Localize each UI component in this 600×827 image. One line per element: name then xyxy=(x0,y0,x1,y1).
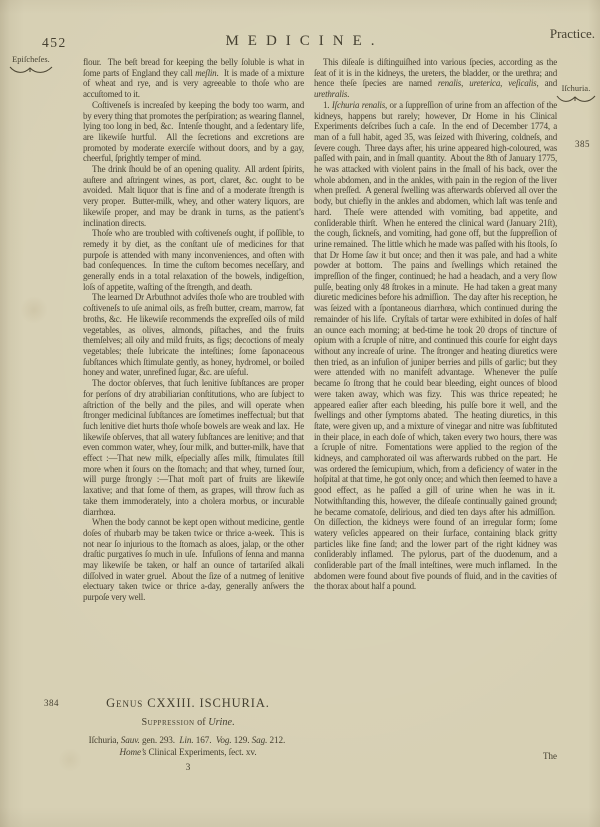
left-text-column: flour. The beſt bread for keeping the be… xyxy=(83,57,304,684)
catchword: The xyxy=(528,751,557,761)
running-header-title: MEDICINE. xyxy=(0,33,600,50)
body-paragraph: This diſeaſe is diſtinguiſhed into vario… xyxy=(314,57,557,100)
body-paragraph: The learned Dr Arbuthnot adviſes thoſe w… xyxy=(83,292,304,378)
flourish-icon xyxy=(555,94,597,103)
genus-heading: Genus CXXIII. ISCHURIA. xyxy=(60,696,316,711)
body-paragraph: flour. The beſt bread for keeping the be… xyxy=(83,57,304,100)
body-paragraph: The doctor obſerves, that ſuch lenitive … xyxy=(83,378,304,517)
running-header-right: Practice. xyxy=(550,26,595,42)
margin-note-epischeses: Epiſcheſes. xyxy=(2,55,60,74)
signature-mark: 3 xyxy=(60,763,316,773)
body-paragraph: 1. Iſchuria renalis, or a ſuppreſſion of… xyxy=(314,100,557,592)
margin-note-ischuria: Iſchuria. xyxy=(553,84,599,103)
section-number-385: 385 xyxy=(575,139,590,149)
body-paragraph: Thoſe who are troubled with coſtiveneſs … xyxy=(83,228,304,292)
margin-note-left-label: Epiſcheſes. xyxy=(12,55,50,64)
right-text-column: This diſeaſe is diſtinguiſhed into vario… xyxy=(314,57,557,759)
section-number-384: 384 xyxy=(44,698,59,708)
body-paragraph: Coſtiveneſs is increaſed by keeping the … xyxy=(83,100,304,164)
body-paragraph: The drink ſhould be of an opening qualit… xyxy=(83,164,304,228)
genus-section: Genus CXXIII. ISCHURIA. Suppression of U… xyxy=(60,696,316,773)
flourish-icon xyxy=(8,65,54,74)
genus-subheading: Suppression of Urine. xyxy=(60,717,316,728)
body-paragraph: When the body cannot be kept open withou… xyxy=(83,517,304,603)
book-page: 452 MEDICINE. Practice. Epiſcheſes. Iſch… xyxy=(0,0,600,827)
margin-note-right-label: Iſchuria. xyxy=(562,84,591,93)
genus-references: Iſchuria, Sauv. gen. 293. Lin. 167. Vog.… xyxy=(75,735,301,759)
